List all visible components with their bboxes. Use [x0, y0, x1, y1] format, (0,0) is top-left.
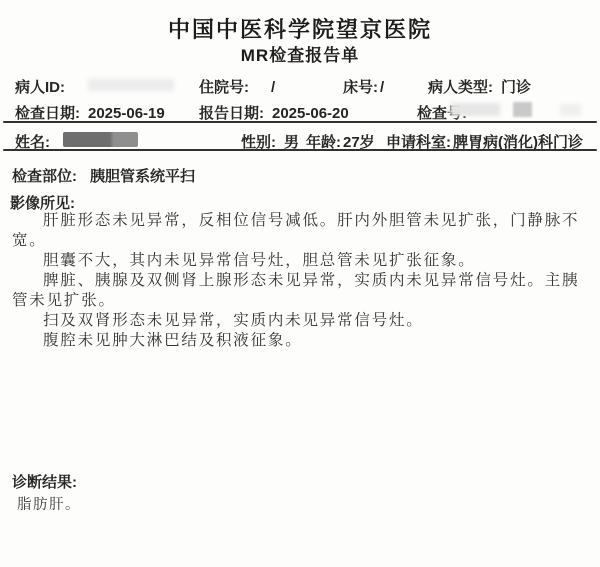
- bed-no-value: /: [380, 79, 384, 96]
- diagnosis-result: 脂肪肝。: [17, 493, 81, 514]
- findings-paragraph: 胆囊不大，其内未见异常信号灶，胆总管未见扩张征象。: [12, 251, 592, 271]
- exam-site-row: 检查部位:胰胆管系统平扫: [12, 165, 195, 186]
- findings-paragraph: 脾脏、胰腺及双侧肾上腺形态未见异常，实质内未见异常信号灶。主胰管未见扩张。: [12, 271, 592, 311]
- hospital-title: 中国中医科学院望京医院: [0, 13, 600, 44]
- patient-id-label: 病人ID:: [15, 79, 65, 96]
- exam-date-field: 检查日期:2025-06-19: [15, 102, 165, 123]
- findings-paragraph: 肝脏形态未见异常，反相位信号减低。肝内外胆管未见扩张，门静脉不宽。: [12, 211, 592, 251]
- findings-paragraph: 腹腔未见肿大淋巴结及积液征象。: [12, 331, 592, 351]
- exam-no-redaction: [560, 104, 581, 116]
- bed-no-field: 床号:/: [343, 76, 384, 97]
- mr-report-page: 中国中医科学院望京医院 MR检查报告单 病人ID: 住院号:/ 床号:/ 病人类…: [0, 0, 600, 567]
- report-date-field: 报告日期:2025-06-20: [199, 102, 349, 123]
- patient-type-label: 病人类型:: [428, 79, 493, 96]
- patient-id-field: 病人ID:: [15, 76, 65, 97]
- inpatient-no-label: 住院号:: [199, 79, 249, 96]
- exam-site-value: 胰胆管系统平扫: [90, 168, 195, 185]
- findings-body: 肝脏形态未见异常，反相位信号减低。肝内外胆管未见扩张，门静脉不宽。胆囊不大，其内…: [12, 211, 592, 351]
- report-type-title: MR检查报告单: [0, 41, 600, 66]
- findings-section-label: 影像所见:: [10, 192, 75, 213]
- patient-info-row-2: 检查日期:2025-06-19 报告日期:2025-06-20 检查号:: [0, 102, 600, 120]
- exam-date-label: 检查日期:: [15, 105, 80, 122]
- divider-line-top: [3, 121, 597, 123]
- exam-site-label: 检查部位:: [12, 168, 77, 185]
- diagnosis-section-label: 诊断结果:: [12, 471, 77, 492]
- report-date-label: 报告日期:: [199, 105, 264, 122]
- exam-date-value: 2025-06-19: [88, 105, 165, 122]
- patient-type-field: 病人类型:门诊: [428, 76, 531, 97]
- inpatient-no-field: 住院号:/: [199, 76, 275, 97]
- exam-no-redaction: [450, 103, 500, 116]
- inpatient-no-value: /: [271, 79, 275, 96]
- report-date-value: 2025-06-20: [272, 105, 349, 122]
- bed-no-label: 床号:: [343, 79, 378, 96]
- name-redaction: [63, 132, 138, 147]
- patient-id-redaction: [88, 79, 174, 91]
- divider-line-bottom: [3, 149, 597, 151]
- exam-no-redaction: [513, 102, 532, 117]
- patient-type-value: 门诊: [501, 79, 531, 96]
- findings-paragraph: 扫及双肾形态未见异常，实质内未见异常信号灶。: [12, 311, 592, 331]
